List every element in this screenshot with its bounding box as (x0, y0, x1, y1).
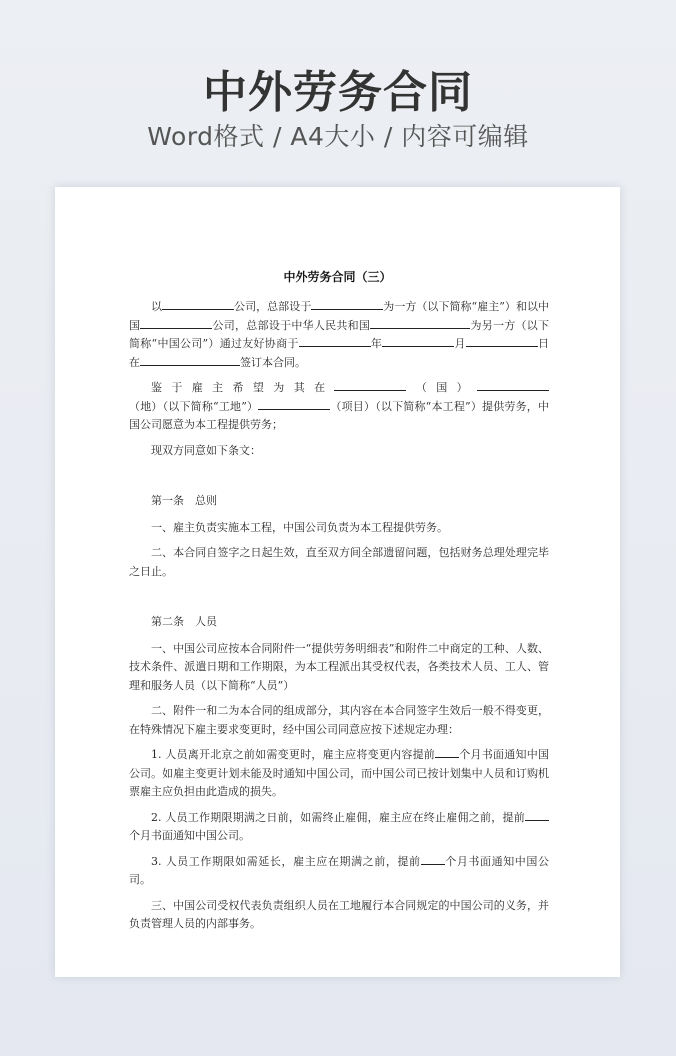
banner-title: 中外劳务合同 (0, 66, 676, 120)
blank-field[interactable] (370, 317, 470, 329)
blank-field[interactable] (299, 335, 371, 347)
blank-field[interactable] (477, 379, 549, 391)
blank-field[interactable] (334, 379, 406, 391)
text: 鉴于雇主希望为其在 (151, 381, 334, 394)
text: 1. 人员离开北京之前如需变更时，雇主应将变更内容提前 (151, 748, 435, 761)
blank-field[interactable] (466, 335, 538, 347)
article-2-sub-2: 2. 人员工作期限期满之日前，如需终止雇佣，雇主应在终止雇佣之前，提前个月书面通… (129, 809, 549, 846)
blank-field[interactable] (435, 746, 459, 758)
blank-field[interactable] (382, 335, 454, 347)
document-page: 中外劳务合同（三） 以公司，总部设于为一方（以下简称“雇主”）和以中国公司，总部… (55, 187, 620, 977)
article-2-sub-1: 1. 人员离开北京之前如需变更时，雇主应将变更内容提前个月书面通知中国公司。如雇… (129, 746, 549, 802)
blank-field[interactable] (140, 317, 212, 329)
text: 年 (371, 337, 383, 350)
article-1-item-2: 二、本合同自签字之日起生效，直至双方间全部遗留问题，包括财务总理处理完毕之日止。 (129, 544, 549, 581)
article-2-sub-3: 3. 人员工作期限如需延长，雇主应在期满之前，提前个月书面通知中国公司。 (129, 853, 549, 890)
text: 公司，总部设于 (234, 300, 311, 313)
text: （地）（以下简称“工地”） (129, 400, 258, 413)
text: 公司，总部设于中华人民共和国 (212, 319, 370, 332)
text: （国） (406, 381, 477, 394)
blank-field[interactable] (162, 298, 234, 310)
text: 以 (151, 300, 162, 313)
article-1-heading: 第一条 总则 (129, 492, 549, 511)
blank-field[interactable] (140, 354, 240, 366)
preamble-paragraph-1: 以公司，总部设于为一方（以下简称“雇主”）和以中国公司，总部设于中华人民共和国为… (129, 298, 549, 372)
blank-field[interactable] (525, 809, 549, 821)
text: 个月书面通知中国公司。 (129, 829, 250, 842)
text: 2. 人员工作期限期满之日前，如需终止雇佣，雇主应在终止雇佣之前，提前 (151, 811, 525, 824)
text: 3. 人员工作期限如需延长，雇主应在期满之前，提前 (151, 855, 421, 868)
preamble-paragraph-3: 现双方同意如下条文： (129, 442, 549, 461)
article-1-item-1: 一、雇主负责实施本工程，中国公司负责为本工程提供劳务。 (129, 519, 549, 538)
document-title: 中外劳务合同（三） (55, 267, 620, 287)
article-2-item-2: 二、附件一和二为本合同的组成部分，其内容在本合同签字生效后一般不得变更，在特殊情… (129, 702, 549, 739)
text: 签订本合同。 (240, 356, 306, 369)
blank-field[interactable] (311, 298, 383, 310)
article-2-item-3: 三、中国公司受权代表负责组织人员在工地履行本合同规定的中国公司的义务，并负责管理… (129, 897, 549, 934)
article-2-item-1: 一、中国公司应按本合同附件一“提供劳务明细表”和附件二中商定的工种、人数、技术条… (129, 640, 549, 696)
blank-field[interactable] (258, 398, 330, 410)
banner-subtitle: Word格式 / A4大小 / 内容可编辑 (0, 120, 676, 154)
blank-field[interactable] (421, 853, 445, 865)
preamble-paragraph-2: 鉴于雇主希望为其在（国）（地）（以下简称“工地”）（项目）（以下简称“本工程”）… (129, 379, 549, 435)
document-body: 以公司，总部设于为一方（以下简称“雇主”）和以中国公司，总部设于中华人民共和国为… (129, 298, 549, 941)
article-2-heading: 第二条 人员 (129, 613, 549, 632)
text: 月 (454, 337, 466, 350)
